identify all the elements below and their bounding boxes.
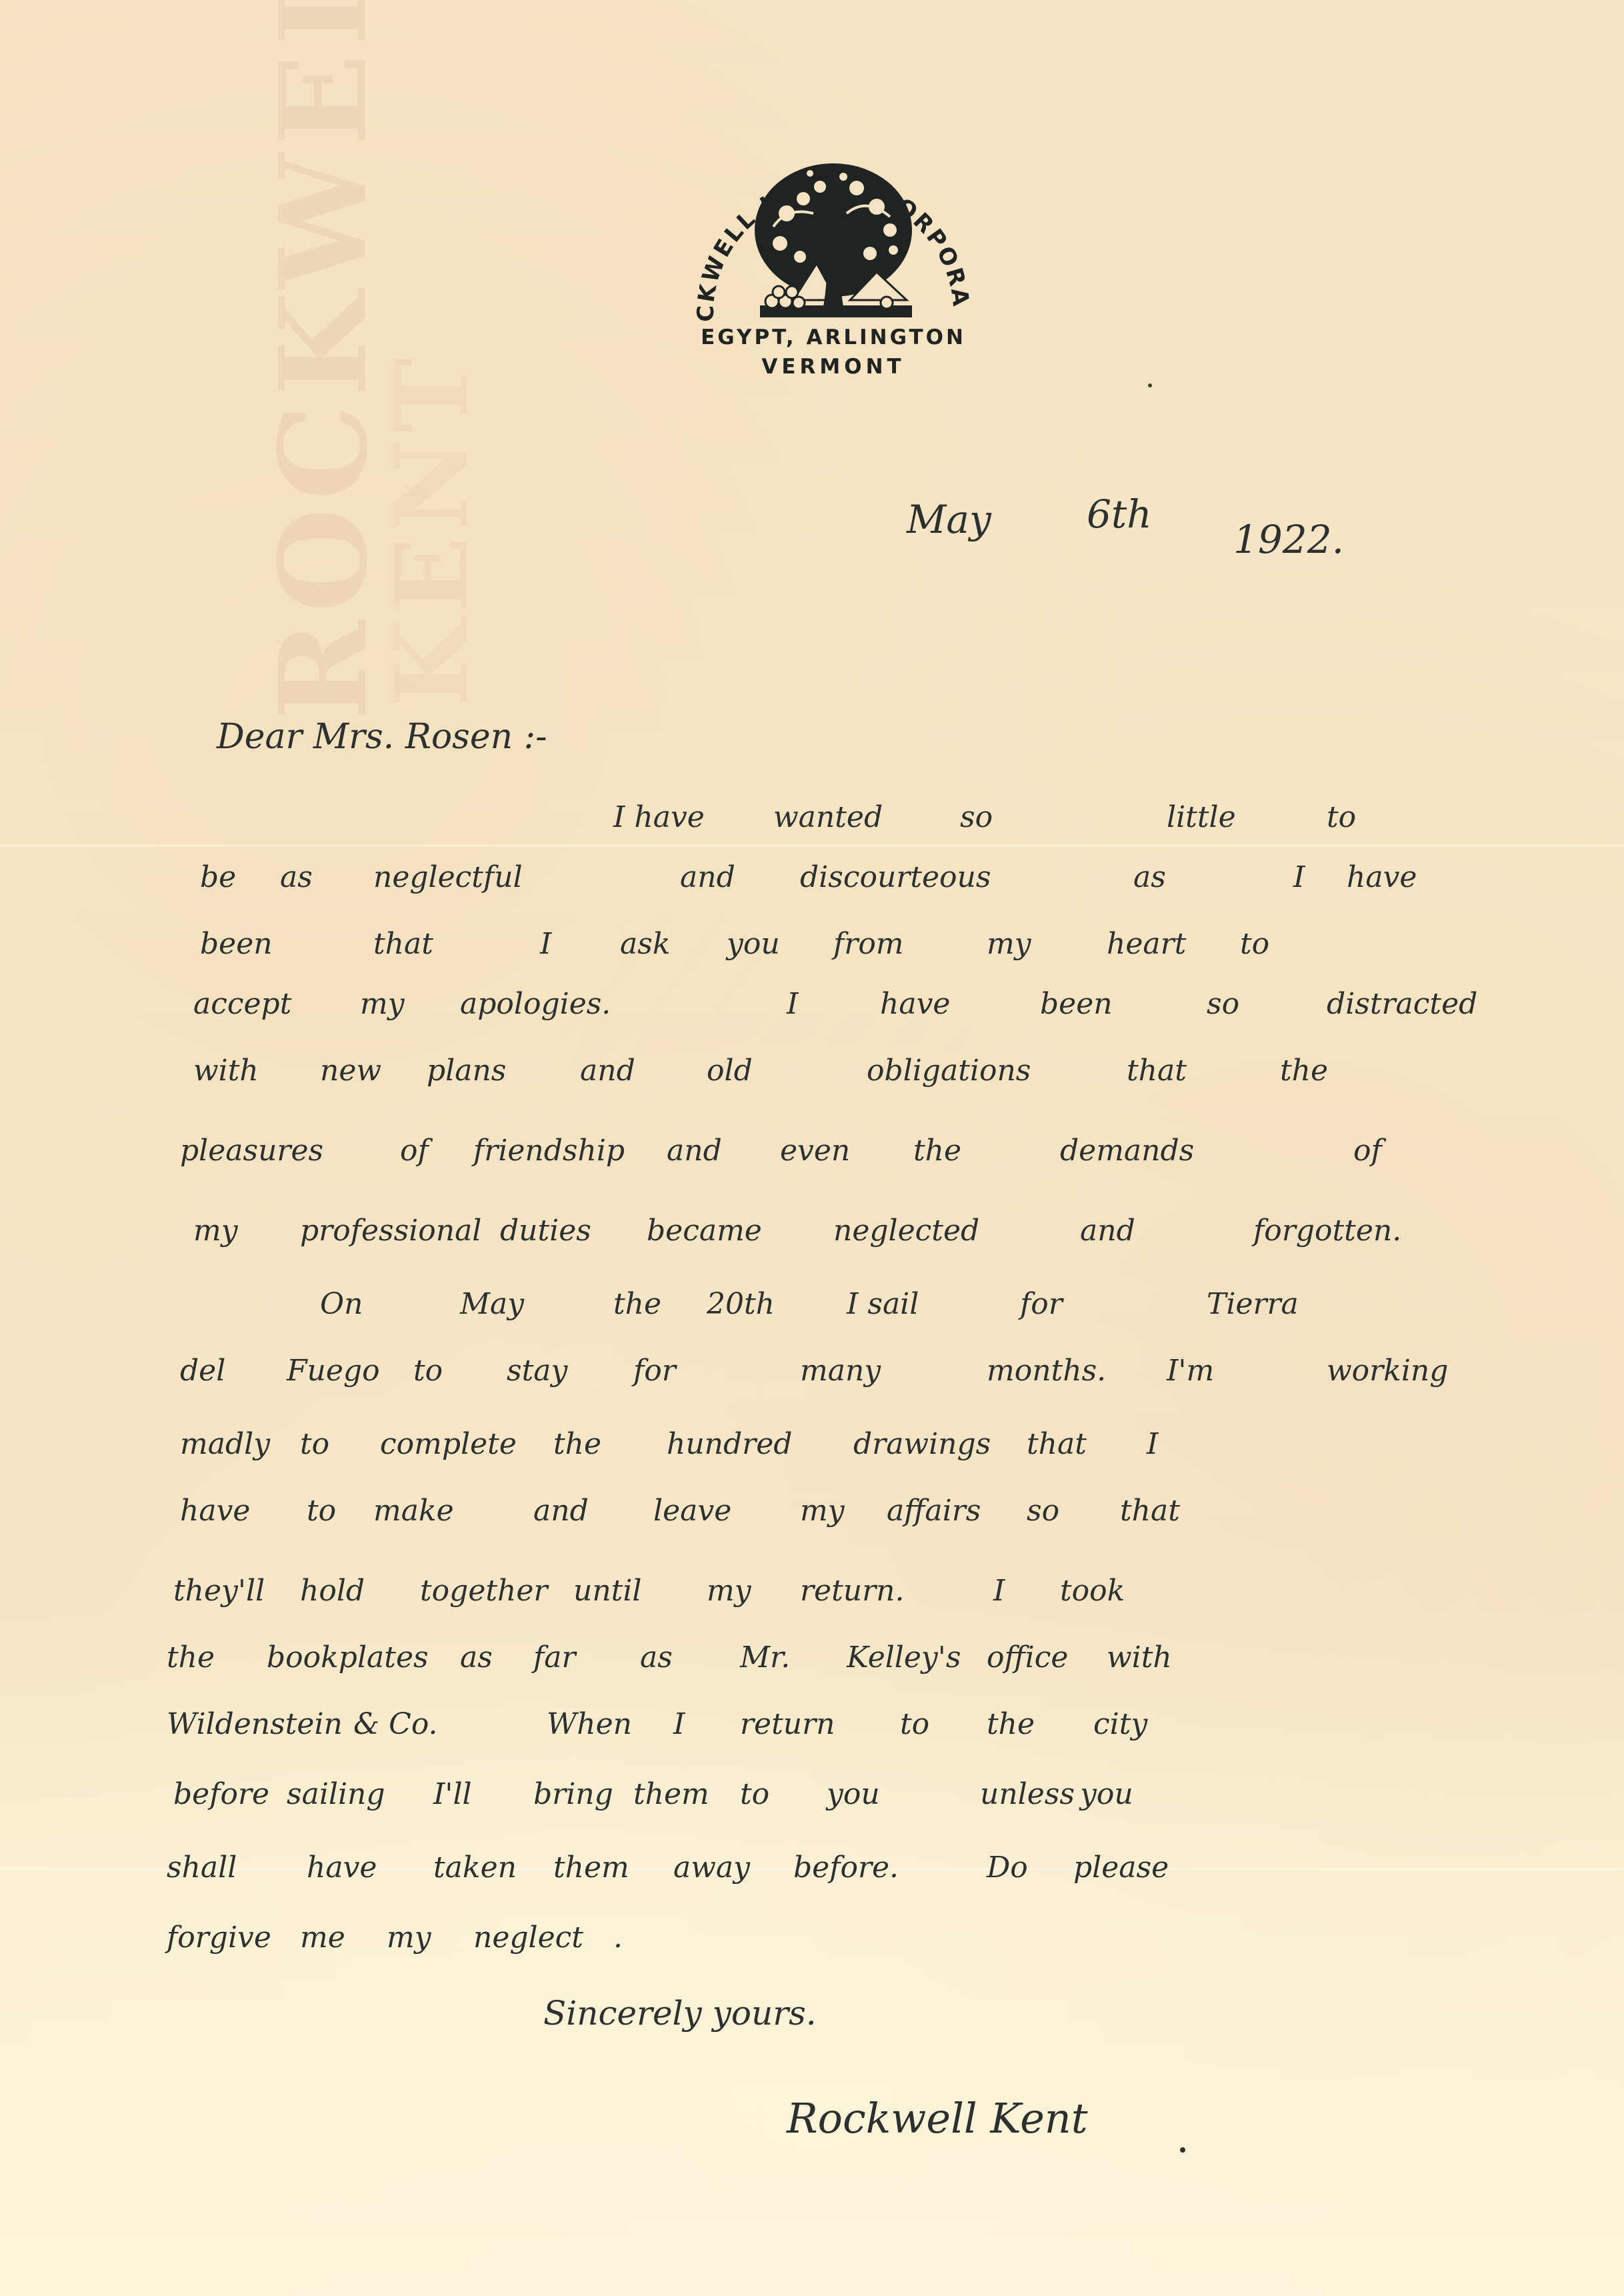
handwritten-word: the xyxy=(613,1287,661,1321)
handwritten-word: and xyxy=(1080,1214,1135,1248)
handwritten-word: have xyxy=(1347,860,1417,894)
body-line: havetomakeandleavemyaffairssothat xyxy=(0,1494,1624,1574)
handwritten-word: I have xyxy=(613,800,705,834)
handwritten-word: working xyxy=(1327,1354,1448,1388)
handwritten-word: that xyxy=(1120,1494,1180,1528)
handwritten-word: to xyxy=(413,1354,443,1388)
handwritten-word: with xyxy=(1107,1640,1172,1674)
handwritten-word: . xyxy=(613,1921,623,1955)
handwritten-word: to xyxy=(300,1427,329,1461)
handwritten-word: office xyxy=(987,1640,1068,1674)
handwritten-word: pleasures xyxy=(180,1134,323,1168)
handwritten-word: neglectful xyxy=(373,860,523,894)
handwritten-word: I xyxy=(787,987,798,1021)
handwritten-word: neglect xyxy=(473,1921,583,1955)
handwritten-word: Tierra xyxy=(1207,1287,1299,1321)
handwritten-word: old xyxy=(707,1054,753,1088)
handwritten-word: as xyxy=(1133,860,1166,894)
handwritten-word: took xyxy=(1060,1574,1125,1608)
handwritten-word: obligations xyxy=(867,1054,1031,1088)
watermark: KENT xyxy=(373,107,507,707)
handwritten-word: my xyxy=(193,1214,238,1248)
handwritten-word: complete xyxy=(380,1427,517,1461)
handwritten-word: bookplates xyxy=(267,1640,429,1674)
handwritten-word: and xyxy=(680,860,735,894)
date-year: 1922. xyxy=(1233,517,1344,562)
body-line: pleasuresoffriendshipandeventhedemandsof xyxy=(0,1134,1624,1214)
date-month: May xyxy=(907,497,991,542)
handwritten-word: & Co. xyxy=(353,1707,438,1741)
handwritten-word: as xyxy=(280,860,313,894)
handwritten-word: wanted xyxy=(773,800,883,834)
apple-tree-woodcut-icon: ROCKWELL KENT INCORPORATED xyxy=(693,113,973,327)
ink-speck xyxy=(1148,383,1152,387)
handwritten-word: be xyxy=(200,860,236,894)
handwritten-word: me xyxy=(300,1921,345,1955)
body-line: forgivememyneglect. xyxy=(0,1921,1624,2001)
handwritten-word: I xyxy=(993,1574,1005,1608)
handwritten-word: before. xyxy=(793,1851,899,1885)
handwritten-word: have xyxy=(307,1851,377,1885)
letterhead: ROCKWELL KENT INCORPORATED EGYPT, ARLING… xyxy=(693,113,973,387)
handwritten-word: of xyxy=(1353,1134,1382,1168)
body-line: myprofessionaldutiesbecameneglectedandfo… xyxy=(0,1214,1624,1294)
handwritten-word: my xyxy=(387,1921,431,1955)
handwritten-word: Wildenstein xyxy=(167,1707,343,1741)
handwritten-word: del xyxy=(180,1354,225,1388)
handwritten-word: hold xyxy=(300,1574,365,1608)
handwritten-word: the xyxy=(987,1707,1035,1741)
handwritten-word: return. xyxy=(800,1574,904,1608)
handwritten-word: them xyxy=(553,1851,629,1885)
handwritten-word: to xyxy=(307,1494,336,1528)
signature: Rockwell Kent xyxy=(787,2094,1088,2143)
handwritten-word: accept xyxy=(193,987,291,1021)
handwritten-word: May xyxy=(460,1287,524,1321)
handwritten-word: On xyxy=(320,1287,363,1321)
handwritten-word: for xyxy=(633,1354,676,1388)
handwritten-word: been xyxy=(200,927,273,961)
date-day: 6th xyxy=(1087,491,1152,537)
handwritten-word: Kelley's xyxy=(847,1640,961,1674)
signature-period xyxy=(1180,2147,1185,2153)
handwritten-word: bring xyxy=(533,1777,613,1811)
handwritten-word: to xyxy=(740,1777,769,1811)
handwritten-word: my xyxy=(707,1574,751,1608)
handwritten-word: make xyxy=(373,1494,454,1528)
body-line: beforesailingI'llbringthemtoyouunlessyou xyxy=(0,1777,1624,1857)
handwritten-word: discourteous xyxy=(800,860,991,894)
handwritten-word: sailing xyxy=(287,1777,385,1811)
handwritten-word: and xyxy=(580,1054,635,1088)
handwritten-word: duties xyxy=(500,1214,591,1248)
handwritten-word: forgotten. xyxy=(1253,1214,1401,1248)
handwritten-word: I'll xyxy=(433,1777,472,1811)
handwritten-word: so xyxy=(960,800,993,834)
handwritten-word: When xyxy=(547,1707,632,1741)
letterhead-address-line1: EGYPT, ARLINGTON xyxy=(693,325,973,349)
handwritten-word: of xyxy=(400,1134,429,1168)
handwritten-word: with xyxy=(193,1054,259,1088)
handwritten-word: they'll xyxy=(173,1574,265,1608)
handwritten-word: leave xyxy=(653,1494,731,1528)
handwritten-word: plans xyxy=(427,1054,506,1088)
handwritten-word: madly xyxy=(180,1427,270,1461)
body-line: withnewplansandoldobligationsthatthe xyxy=(0,1054,1624,1134)
handwritten-word: became xyxy=(647,1214,762,1248)
handwritten-word: to xyxy=(1240,927,1269,961)
handwritten-word: the xyxy=(167,1640,215,1674)
handwritten-word: shall xyxy=(167,1851,237,1885)
handwritten-word: far xyxy=(533,1640,576,1674)
handwritten-word: until xyxy=(573,1574,642,1608)
handwritten-word: before xyxy=(173,1777,269,1811)
handwritten-word: my xyxy=(360,987,405,1021)
handwritten-word: I xyxy=(673,1707,685,1741)
handwritten-word: I xyxy=(1147,1427,1158,1461)
handwritten-word: forgive xyxy=(167,1921,271,1955)
handwritten-word: you xyxy=(1080,1777,1133,1811)
handwritten-word: distracted xyxy=(1327,987,1477,1021)
salutation: Dear Mrs. Rosen :- xyxy=(217,717,547,757)
handwritten-word: as xyxy=(640,1640,673,1674)
handwritten-word: so xyxy=(1207,987,1239,1021)
handwritten-word: for xyxy=(1020,1287,1063,1321)
handwritten-word: so xyxy=(1027,1494,1059,1528)
handwritten-word: my xyxy=(800,1494,845,1528)
handwritten-word: I'm xyxy=(1167,1354,1214,1388)
handwritten-word: and xyxy=(667,1134,722,1168)
handwritten-word: that xyxy=(1027,1427,1087,1461)
handwritten-word: that xyxy=(1127,1054,1187,1088)
handwritten-word: to xyxy=(900,1707,929,1741)
handwritten-word: professional xyxy=(300,1214,481,1248)
handwritten-word: the xyxy=(913,1134,961,1168)
handwritten-word: I xyxy=(1293,860,1305,894)
handwritten-word: my xyxy=(987,927,1031,961)
handwritten-word: heart xyxy=(1107,927,1186,961)
handwritten-word: please xyxy=(1073,1851,1169,1885)
handwritten-word: the xyxy=(1280,1054,1328,1088)
handwritten-word: new xyxy=(320,1054,381,1088)
handwritten-word: Do xyxy=(987,1851,1028,1885)
handwritten-word: Fuego xyxy=(287,1354,380,1388)
handwritten-word: stay xyxy=(507,1354,567,1388)
handwritten-word: Mr. xyxy=(740,1640,790,1674)
handwritten-word: them xyxy=(633,1777,709,1811)
handwritten-word: you xyxy=(727,927,780,961)
closing: Sincerely yours. xyxy=(543,1994,817,2033)
handwritten-word: drawings xyxy=(853,1427,991,1461)
body-line: Wildenstein& Co.WhenIreturntothecity xyxy=(0,1707,1624,1787)
handwritten-word: from xyxy=(833,927,904,961)
handwritten-word: 20th xyxy=(707,1287,775,1321)
handwritten-word: and xyxy=(533,1494,589,1528)
handwritten-word: even xyxy=(780,1134,850,1168)
handwritten-word: hundred xyxy=(667,1427,792,1461)
handwritten-word: have xyxy=(180,1494,250,1528)
handwritten-word: neglected xyxy=(833,1214,979,1248)
handwritten-word: return xyxy=(740,1707,835,1741)
letterhead-address-line2: VERMONT xyxy=(693,355,973,379)
handwritten-word: ask xyxy=(620,927,670,961)
handwritten-word: taken xyxy=(433,1851,517,1885)
body-line: delFuegotostayformanymonths.I'mworking xyxy=(0,1354,1624,1434)
handwritten-word: apologies. xyxy=(460,987,611,1021)
handwritten-word: many xyxy=(800,1354,881,1388)
handwritten-word: the xyxy=(553,1427,601,1461)
handwritten-word: city xyxy=(1093,1707,1147,1741)
handwritten-word: away xyxy=(673,1851,750,1885)
handwritten-word: together xyxy=(420,1574,547,1608)
body-line: shallhavetakenthemawaybefore.Doplease xyxy=(0,1851,1624,1931)
handwritten-word: as xyxy=(460,1640,493,1674)
handwritten-word: friendship xyxy=(473,1134,625,1168)
handwritten-word: that xyxy=(373,927,433,961)
handwritten-word: have xyxy=(880,987,950,1021)
handwritten-word: affairs xyxy=(887,1494,981,1528)
handwritten-word: you xyxy=(827,1777,880,1811)
handwritten-word: I xyxy=(540,927,551,961)
handwritten-word: been xyxy=(1040,987,1113,1021)
handwritten-word: I sail xyxy=(847,1287,919,1321)
handwritten-word: unless xyxy=(980,1777,1075,1811)
handwritten-word: months. xyxy=(987,1354,1106,1388)
handwritten-word: little xyxy=(1167,800,1236,834)
handwritten-word: to xyxy=(1327,800,1356,834)
handwritten-word: demands xyxy=(1060,1134,1194,1168)
